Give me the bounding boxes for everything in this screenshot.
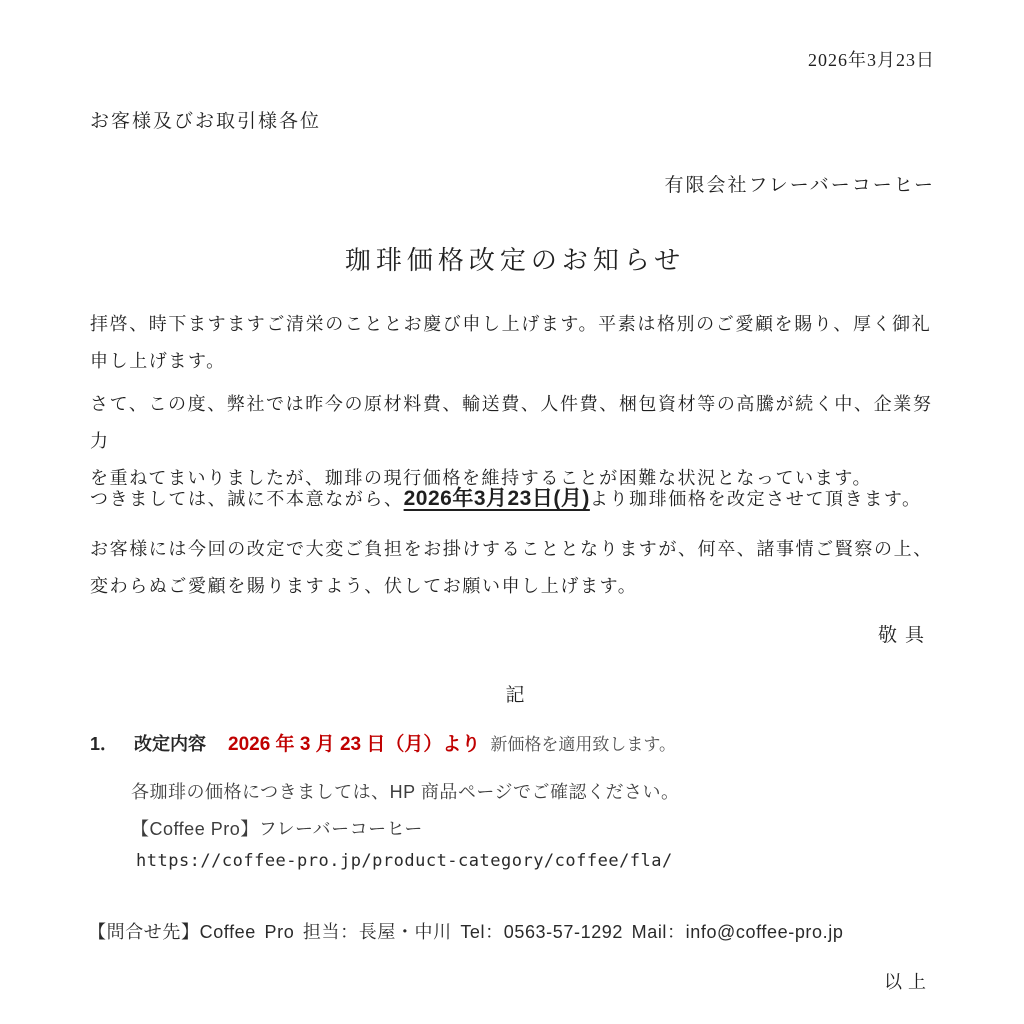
closing-keigu: 敬具 [878, 620, 932, 647]
text-segment: つきましては、誠に不本意ながら、 [90, 489, 404, 509]
item-effective-date-red: 2026 年 3 月 23 日（月）より [228, 734, 480, 755]
letter-document: 2026年3月23日 お客様及びお取引様各位 有限会社フレーバーコーヒー 珈琲価… [0, 0, 1024, 1024]
text-line: 変わらぬご愛顧を賜りますよう、伏してお願い申し上げます。 [90, 568, 942, 605]
text-line: さて、この度、弊社では昨今の原材料費、輸送費、人件費、梱包資材等の高騰が続く中、… [90, 386, 942, 460]
sender-company: 有限会社フレーバーコーヒー [664, 170, 935, 197]
product-url[interactable]: https://coffee-pro.jp/product-category/c… [136, 851, 673, 871]
shop-name-line: 【Coffee Pro】フレーバーコーヒー [131, 815, 423, 841]
effective-date-underlined: 2026年3月23日(月) [404, 487, 590, 510]
greeting-paragraph: 拝啓、時下ますますご清栄のこととお慶び申し上げます。平素は格別のご愛顧を賜り、厚… [90, 306, 942, 380]
end-marker-ijou: 以上 [884, 968, 932, 994]
price-check-note: 各珈琲の価格につきましては、HP 商品ページでご確認ください。 [131, 778, 679, 804]
issue-date: 2026年3月23日 [808, 46, 935, 72]
record-marker-ki: 記 [90, 680, 940, 707]
text-line: 拝啓、時下ますますご清栄のこととお慶び申し上げます。平素は格別のご愛顧を賜り、厚… [90, 306, 942, 343]
revision-item: 1．改定内容2026 年 3 月 23 日（月）より新価格を適用致します。 [90, 729, 676, 756]
revision-announcement-paragraph: つきましては、誠に不本意ながら、2026年3月23日(月)より珈琲価格を改定させ… [90, 482, 942, 516]
text-line: 申し上げます。 [90, 343, 942, 380]
apology-paragraph: お客様には今回の改定で大変ご負担をお掛けすることとなりますが、何卒、諸事情ご賢察… [90, 531, 942, 605]
text-line: お客様には今回の改定で大変ご負担をお掛けすることとなりますが、何卒、諸事情ご賢察… [90, 531, 942, 568]
item-heading: 改定内容 [134, 734, 206, 754]
background-paragraph: さて、この度、弊社では昨今の原材料費、輸送費、人件費、梱包資材等の高騰が続く中、… [90, 386, 942, 497]
text-segment: より珈琲価格を改定させて頂きます。 [590, 489, 922, 509]
item-number: 1． [90, 734, 118, 754]
contact-info: 【問合せ先】Coffee Pro 担当：長屋・中川 Tel：0563-57-12… [88, 918, 843, 944]
item-description: 新価格を適用致します。 [490, 735, 676, 754]
recipient-line: お客様及びお取引様各位 [90, 106, 321, 133]
document-title: 珈琲価格改定のお知らせ [90, 240, 940, 277]
